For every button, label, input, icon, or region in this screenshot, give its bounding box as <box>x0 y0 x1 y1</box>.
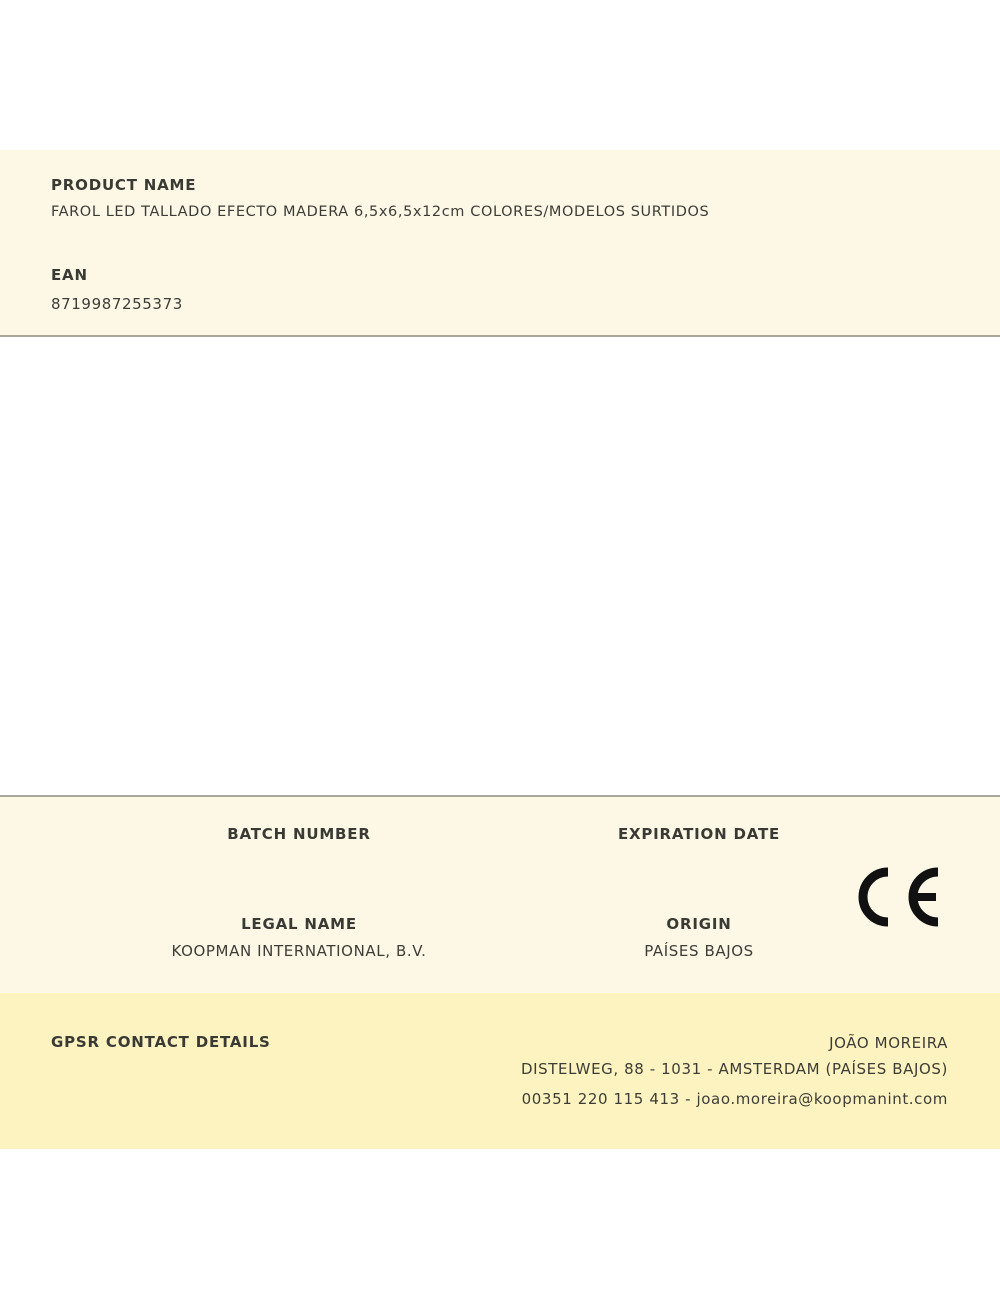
ean-value: 8719987255373 <box>51 295 183 313</box>
origin-label: ORIGIN <box>666 915 731 933</box>
legal-name-label: LEGAL NAME <box>241 915 357 933</box>
gpsr-contact-section: GPSR CONTACT DETAILS JOÃO MOREIRA DISTEL… <box>0 993 1000 1149</box>
legal-name-value: KOOPMAN INTERNATIONAL, B.V. <box>99 942 499 960</box>
info-section: BATCH NUMBER EXPIRATION DATE LEGAL NAME … <box>0 795 1000 995</box>
expiration-date-label: EXPIRATION DATE <box>618 825 780 843</box>
contact-address: DISTELWEG, 88 - 1031 - AMSTERDAM (PAÍSES… <box>521 1055 948 1083</box>
contact-details: JOÃO MOREIRA DISTELWEG, 88 - 1031 - AMST… <box>521 1033 948 1113</box>
ean-label: EAN <box>51 266 88 284</box>
batch-number-label: BATCH NUMBER <box>227 825 370 843</box>
gpsr-contact-label: GPSR CONTACT DETAILS <box>51 1033 271 1051</box>
expiration-date-field: EXPIRATION DATE <box>499 824 899 852</box>
legal-name-field: LEGAL NAME KOOPMAN INTERNATIONAL, B.V. <box>99 914 499 960</box>
product-name-value: FAROL LED TALLADO EFECTO MADERA 6,5x6,5x… <box>51 204 709 220</box>
contact-phone-email: 00351 220 115 413 - joao.moreira@koopman… <box>521 1085 948 1113</box>
origin-value: PAÍSES BAJOS <box>499 942 899 960</box>
contact-name: JOÃO MOREIRA <box>521 1033 948 1053</box>
ce-mark-icon <box>858 867 942 927</box>
origin-field: ORIGIN PAÍSES BAJOS <box>499 914 899 960</box>
product-section: PRODUCT NAME FAROL LED TALLADO EFECTO MA… <box>0 150 1000 337</box>
batch-number-field: BATCH NUMBER <box>99 824 499 852</box>
product-name-label: PRODUCT NAME <box>51 176 196 194</box>
